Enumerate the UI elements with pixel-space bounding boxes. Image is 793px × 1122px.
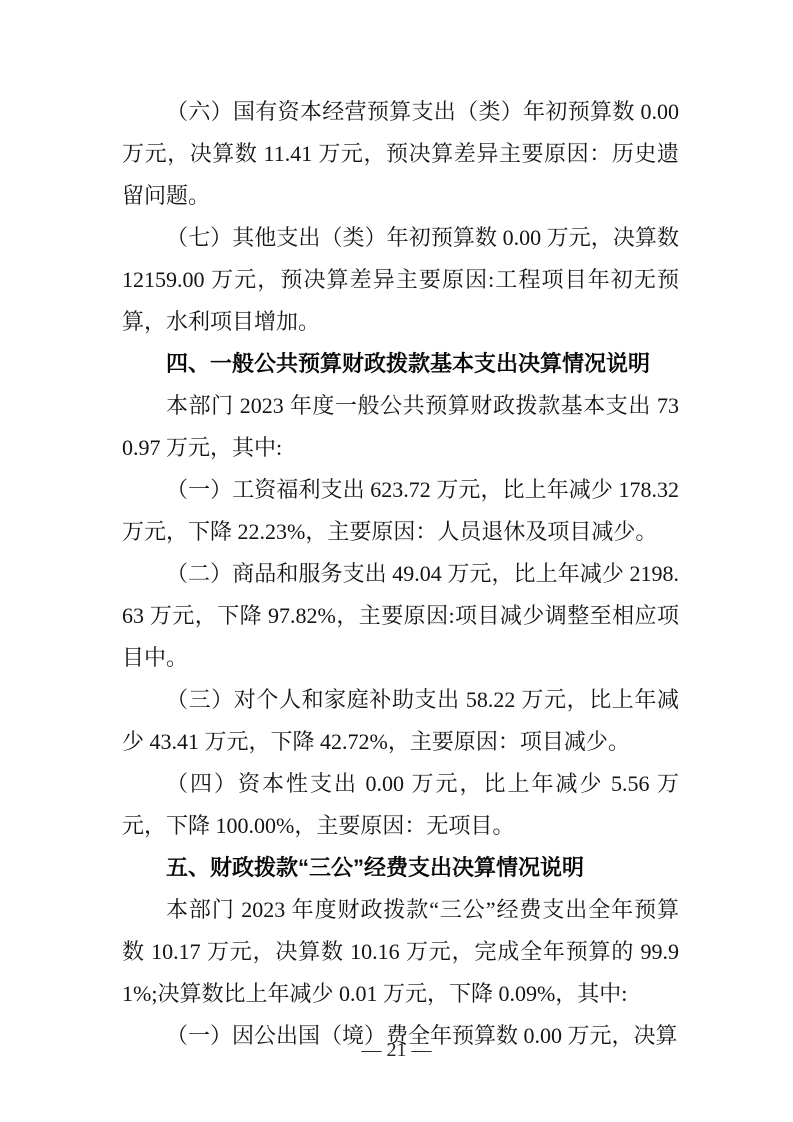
- page-content: （六）国有资本经营预算支出（类）年初预算数 0.00 万元，决算数 11.41 …: [122, 91, 679, 1057]
- heading-section-4-basic-expenditure: 四、一般公共预算财政拨款基本支出决算情况说明: [122, 343, 679, 385]
- document-page: （六）国有资本经营预算支出（类）年初预算数 0.00 万元，决算数 11.41 …: [0, 0, 793, 1122]
- para-goods-services-expenditure: （二）商品和服务支出 49.04 万元，比上年减少 2198.63 万元，下降 …: [122, 553, 679, 679]
- para-other-expenditure: （七）其他支出（类）年初预算数 0.00 万元，决算数 12159.00 万元，…: [122, 217, 679, 343]
- para-individual-family-subsidy: （三）对个人和家庭补助支出 58.22 万元，比上年减少 43.41 万元，下降…: [122, 679, 679, 763]
- para-three-public-funds-total: 本部门 2023 年度财政拨款“三公”经费支出全年预算数 10.17 万元，决算…: [122, 889, 679, 1015]
- page-number: — 21 —: [0, 1038, 793, 1062]
- heading-section-5-three-public-funds: 五、财政拨款“三公”经费支出决算情况说明: [122, 847, 679, 889]
- para-capital-expenditure: （四）资本性支出 0.00 万元，比上年减少 5.56 万元，下降 100.00…: [122, 763, 679, 847]
- para-state-capital-budget-expenditure: （六）国有资本经营预算支出（类）年初预算数 0.00 万元，决算数 11.41 …: [122, 91, 679, 217]
- para-basic-expenditure-total: 本部门 2023 年度一般公共预算财政拨款基本支出 730.97 万元，其中:: [122, 385, 679, 469]
- para-salary-welfare-expenditure: （一）工资福利支出 623.72 万元，比上年减少 178.32 万元，下降 2…: [122, 469, 679, 553]
